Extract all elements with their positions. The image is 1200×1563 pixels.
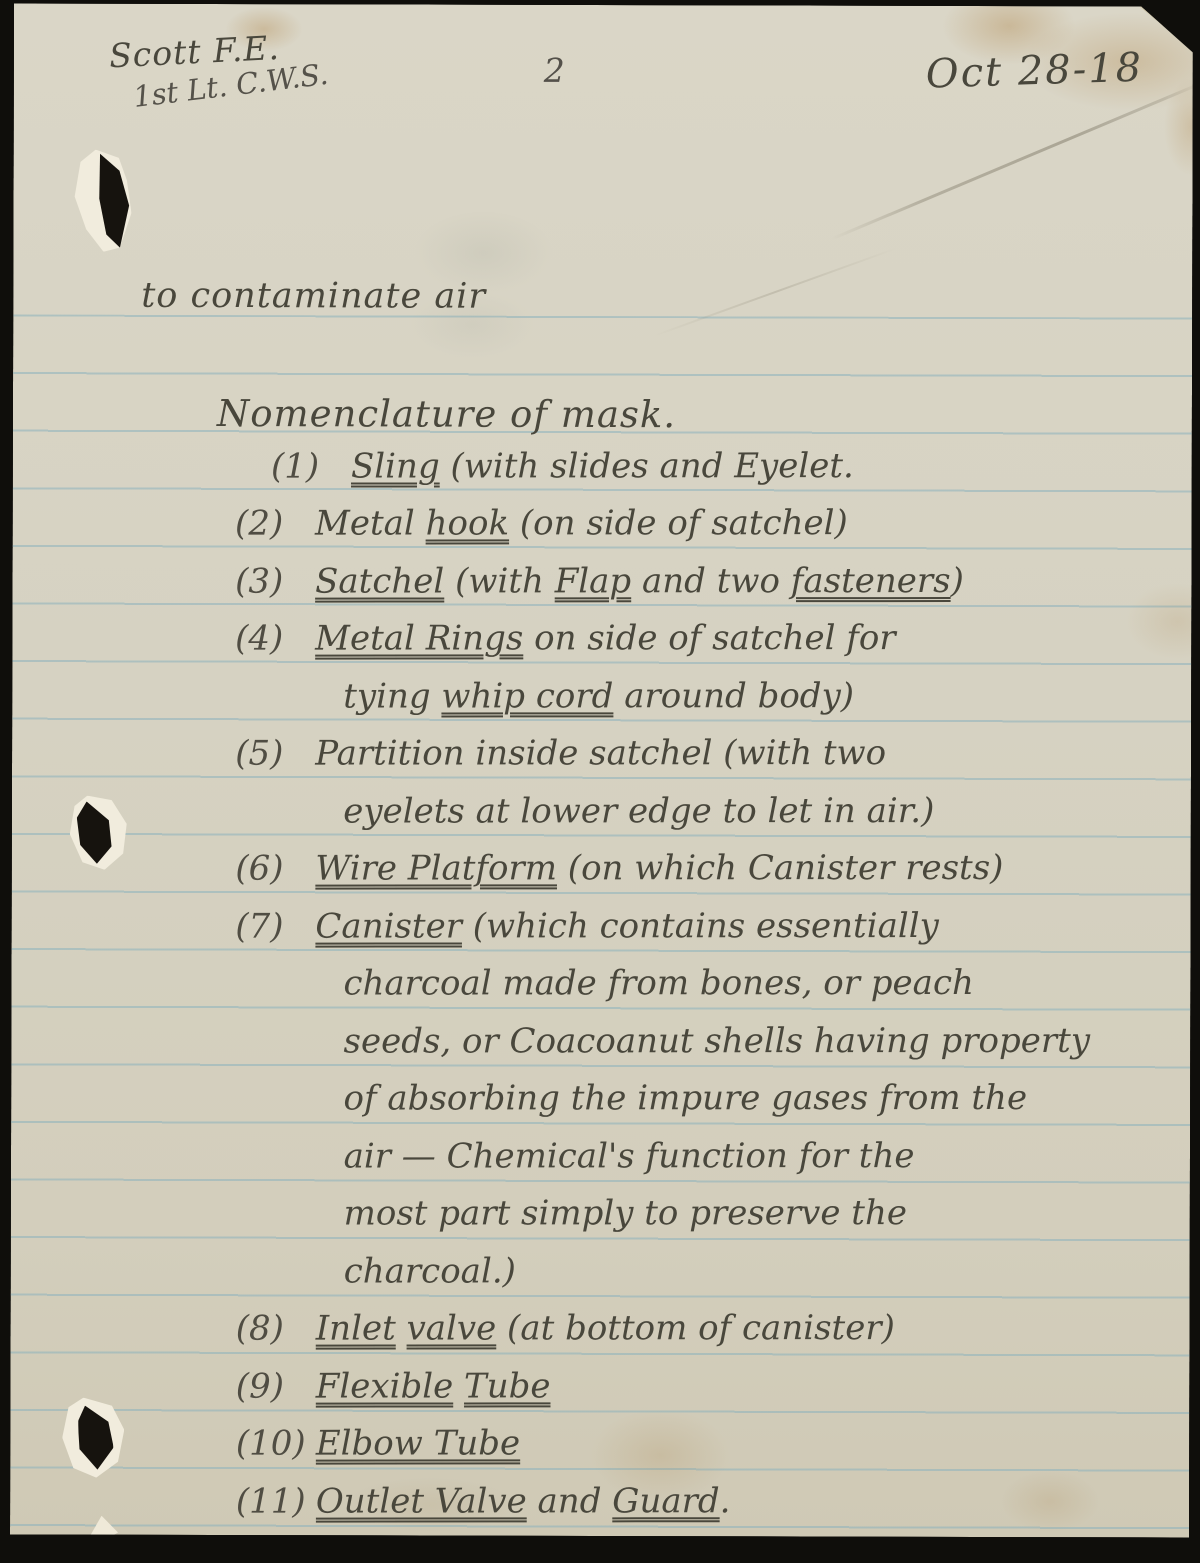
intro-line: to contaminate air: [141, 276, 486, 317]
item-number: (8): [236, 1309, 316, 1349]
item-text: charcoal.): [344, 1251, 516, 1291]
item-text: Canister (which contains essentially: [315, 906, 938, 947]
item-text: tying whip cord around body): [343, 676, 854, 716]
torn-edge-nick: [88, 1516, 118, 1538]
folded-corner: [1137, 6, 1193, 56]
paper-crease-faint: [653, 247, 898, 337]
note-line: (5)Partition inside satchel (with two: [235, 724, 1155, 782]
note-line: eyelets at lower edge to let in air.): [235, 782, 1155, 840]
note-line: (11)Outlet Valve and Guard.: [236, 1472, 1156, 1530]
item-text: Elbow Tube: [316, 1424, 520, 1464]
punch-hole-tear-bottom: [62, 1398, 124, 1478]
item-text: Flexible Tube: [316, 1366, 551, 1406]
note-line: of absorbing the impure gases from the: [236, 1069, 1156, 1127]
note-line: (8)Inlet valve (at bottom of canister): [236, 1299, 1156, 1357]
item-number: (7): [235, 906, 315, 946]
note-line: tying whip cord around body): [235, 667, 1155, 725]
item-text: charcoal made from bones, or peach: [343, 963, 973, 1004]
item-number: (3): [235, 561, 315, 601]
item-number: (9): [236, 1366, 316, 1406]
item-text: Satchel (with Flap and two fasteners): [315, 561, 964, 602]
punch-hole-tear-middle: [70, 796, 128, 870]
item-text: Metal hook (on side of satchel): [315, 503, 848, 543]
item-number: (4): [235, 619, 315, 659]
punch-hole-tear-top: [73, 150, 131, 252]
item-text: most part simply to preserve the: [344, 1193, 907, 1233]
page-number: 2: [544, 51, 565, 90]
date-label: Oct 28-18: [925, 45, 1144, 98]
item-text: Inlet valve (at bottom of canister): [316, 1308, 895, 1349]
note-line: (7)Canister (which contains essentially: [235, 897, 1155, 955]
paper-sheet: Scott F.E. 1st Lt. C.W.S. 2 Oct 28-18 to…: [10, 3, 1193, 1537]
item-number: (6): [235, 849, 315, 889]
header-author-block: Scott F.E. 1st Lt. C.W.S.: [108, 27, 329, 109]
note-line: charcoal made from bones, or peach: [235, 954, 1155, 1012]
notes-list: (1)Sling (with slides and Eyelet.(2)Meta…: [235, 437, 1156, 1530]
item-number: (10): [236, 1424, 316, 1464]
scanned-document-page: { "page": { "background_color": "#0f0e0b…: [0, 0, 1200, 1563]
item-text: Wire Platform (on which Canister rests): [315, 848, 1003, 889]
item-text: Partition inside satchel (with two: [315, 733, 886, 773]
item-text: of absorbing the impure gases from the: [344, 1078, 1028, 1119]
note-line: (1)Sling (with slides and Eyelet.: [235, 437, 1155, 495]
note-line: air — Chemical's function for the: [236, 1127, 1156, 1185]
note-line: most part simply to preserve the: [236, 1184, 1156, 1242]
item-number: (1): [235, 446, 351, 486]
paper-crease: [831, 82, 1193, 241]
item-text: air — Chemical's function for the: [344, 1136, 915, 1176]
note-line: (4)Metal Rings on side of satchel for: [235, 609, 1155, 667]
item-number: (5): [235, 734, 315, 774]
note-line: (3)Satchel (with Flap and two fasteners): [235, 552, 1155, 610]
item-text: Sling (with slides and Eyelet.: [351, 446, 854, 486]
section-heading: Nomenclature of mask.: [217, 392, 676, 436]
note-line: (6)Wire Platform (on which Canister rest…: [235, 839, 1155, 897]
item-text: Outlet Valve and Guard.: [316, 1481, 731, 1521]
note-line: (2)Metal hook (on side of satchel): [235, 494, 1155, 552]
note-line: (9)Flexible Tube: [236, 1357, 1156, 1415]
note-line: seeds, or Coacoanut shells having proper…: [235, 1012, 1155, 1070]
note-line: charcoal.): [236, 1242, 1156, 1300]
item-text: Metal Rings on side of satchel for: [315, 618, 895, 659]
note-line: (10)Elbow Tube: [236, 1414, 1156, 1472]
item-number: (11): [236, 1481, 316, 1521]
item-text: seeds, or Coacoanut shells having proper…: [343, 1021, 1090, 1062]
item-text: eyelets at lower edge to let in air.): [343, 791, 934, 832]
item-number: (2): [235, 504, 315, 544]
